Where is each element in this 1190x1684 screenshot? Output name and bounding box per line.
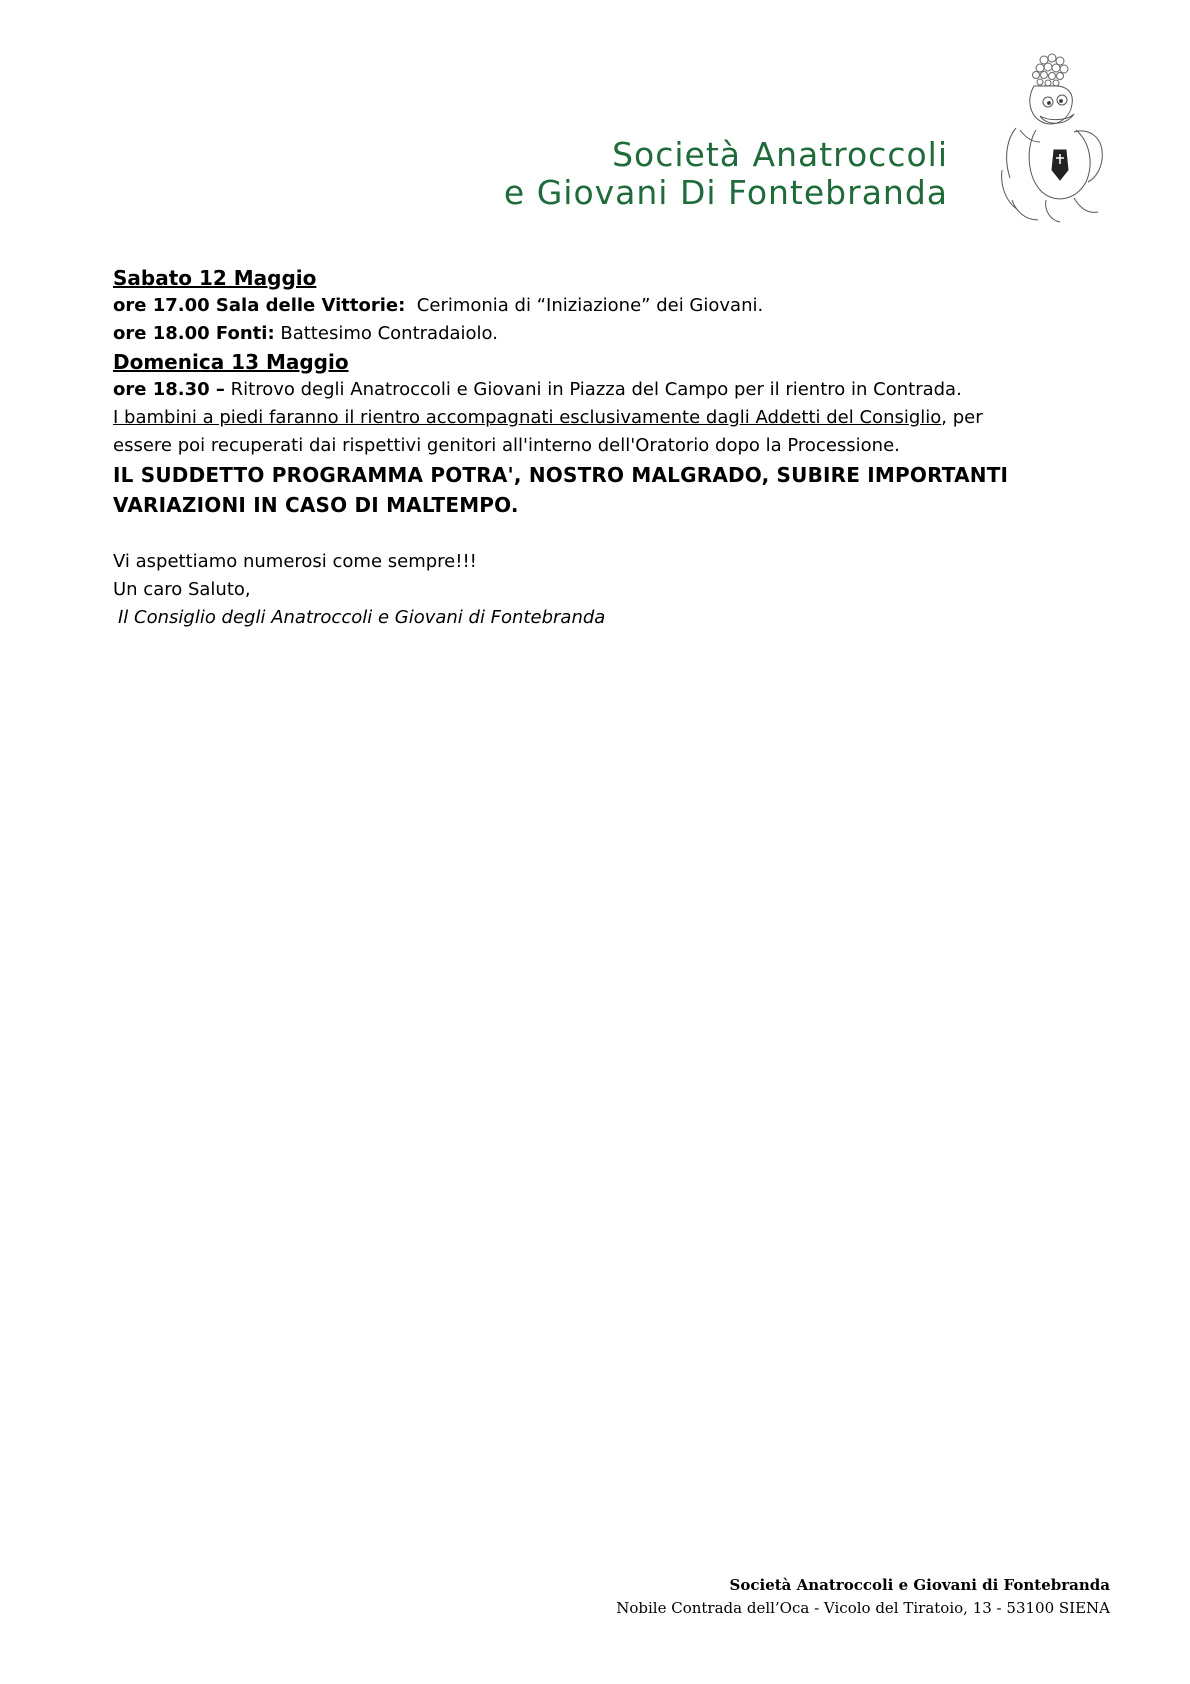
- event-description: Ritrovo degli Anatroccoli e Giovani in P…: [231, 379, 962, 400]
- duck-mascot-icon: [996, 50, 1108, 226]
- event-description: Cerimonia di “Iniziazione” dei Giovani.: [417, 295, 763, 316]
- event-time-place: ore 17.00 Sala delle Vittorie:: [113, 295, 405, 316]
- logo-line-2: e Giovani Di Fontebranda: [504, 174, 948, 212]
- children-note-underlined: I bambini a piedi faranno il rientro acc…: [113, 407, 941, 428]
- signature: Il Consiglio degli Anatroccoli e Giovani…: [113, 604, 1113, 632]
- logo-line-1: Società Anatroccoli: [504, 136, 948, 174]
- event-time: ore 18.30 –: [113, 379, 225, 400]
- footer-address: Nobile Contrada dell’Oca - Vicolo del Ti…: [616, 1597, 1110, 1620]
- letterhead-logo-text: Società Anatroccoli e Giovani Di Fontebr…: [504, 136, 948, 212]
- event-line: ore 18.00 Fonti: Battesimo Contradaiolo.: [113, 320, 1113, 348]
- day-heading-sunday: Domenica 13 Maggio: [113, 348, 1113, 376]
- letterhead-footer: Società Anatroccoli e Giovani di Fontebr…: [616, 1574, 1110, 1620]
- children-note: I bambini a piedi faranno il rientro acc…: [113, 404, 1113, 432]
- weather-warning-line1: IL SUDDETTO PROGRAMMA POTRA', NOSTRO MAL…: [113, 460, 1113, 490]
- event-description: Battesimo Contradaiolo.: [280, 323, 498, 344]
- event-time-place: ore 18.00 Fonti:: [113, 323, 275, 344]
- children-note-rest: , per: [941, 407, 982, 428]
- day-heading-saturday: Sabato 12 Maggio: [113, 264, 1113, 292]
- footer-org-name: Società Anatroccoli e Giovani di Fontebr…: [616, 1574, 1110, 1597]
- event-line: ore 18.30 – Ritrovo degli Anatroccoli e …: [113, 376, 1113, 404]
- program-body: Sabato 12 Maggio ore 17.00 Sala delle Vi…: [113, 264, 1113, 632]
- spacer: [113, 520, 1113, 548]
- event-line: ore 17.00 Sala delle Vittorie: Cerimonia…: [113, 292, 1113, 320]
- closing-line1: Vi aspettiamo numerosi come sempre!!!: [113, 548, 1113, 576]
- weather-warning-line2: VARIAZIONI IN CASO DI MALTEMPO.: [113, 490, 1113, 520]
- children-note-line2: essere poi recuperati dai rispettivi gen…: [113, 432, 1113, 460]
- closing-line2: Un caro Saluto,: [113, 576, 1113, 604]
